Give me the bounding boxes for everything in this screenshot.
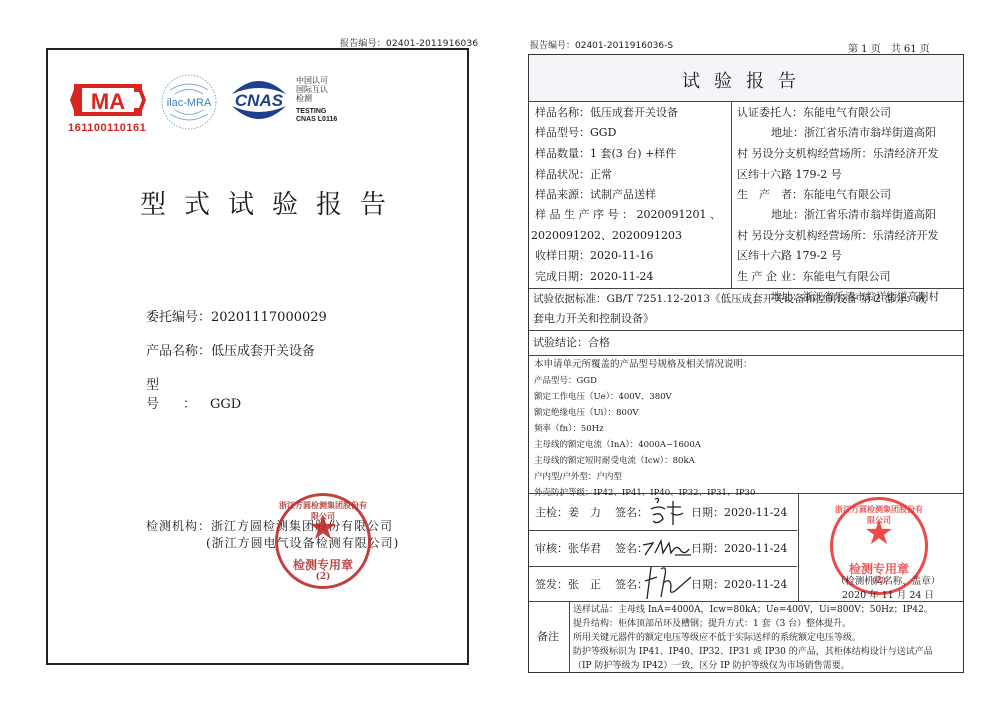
divider xyxy=(529,530,797,531)
divider xyxy=(798,493,799,601)
left-page-title: 型式试验报告 xyxy=(140,184,404,221)
entrust-value: 20201117000029 xyxy=(211,310,327,325)
stamp-caption: （检测机构名称、盖章） xyxy=(818,573,958,587)
remarks-list: 送样试品：主母线 InA=4000A，Icw=80kA；Ue=400V，Ui=8… xyxy=(573,603,933,673)
spec-item: 外壳防护等级：IP42、IP41、IP40、IP32、IP31、IP30 xyxy=(534,485,755,501)
star-icon: ★ xyxy=(864,516,894,550)
product-label: 产品名称： xyxy=(146,344,211,359)
inspector-role: 主检：姜 力 xyxy=(535,503,601,523)
product-value: 低压成套开关设备 xyxy=(211,344,315,359)
reviewer-date: 日期：2020-11-24 xyxy=(691,539,787,559)
spec-item: 户内型/户外型：户内型 xyxy=(534,469,755,485)
spec-heading: 本申请单元所覆盖的产品型号规格及相关情况说明： xyxy=(534,357,755,373)
spec-item: 主母线的额定电流（InA）：4000A~1600A xyxy=(534,437,755,453)
issuer-signature xyxy=(641,563,693,603)
svg-text:MA: MA xyxy=(91,89,125,114)
sample-condition: 样品状况：正常 xyxy=(535,165,612,185)
divider xyxy=(529,101,963,102)
sample-model: 样品型号：GGD xyxy=(535,123,616,143)
received-date: 收样日期：2020-11-16 xyxy=(535,246,653,266)
applicant-address-cont: 村 另设分支机构经营场所：乐清经济开发 xyxy=(737,144,939,164)
test-standard-cont: 套电力开关和控制设备》 xyxy=(533,309,654,329)
remark-line: 提升结构：柜体顶部吊环及槽钢；提升方式：1 套（3 台）整体提升。 xyxy=(573,617,933,631)
reviewer-role: 审核：张华君 xyxy=(535,539,601,559)
cma-logo-icon: MA xyxy=(68,70,148,130)
manufacturer-address: 地址：浙江省乐清市翁垟街道高阳 xyxy=(771,205,936,225)
issuer-role: 签发：张 正 xyxy=(535,575,601,595)
product-name-field: 产品名称：低压成套开关设备 xyxy=(146,340,315,359)
left-official-stamp: 浙江方圆检测集团股份有限公司 ★ 检测专用章 (2) xyxy=(275,493,371,589)
manufacturer-address-cont2: 区纬十六路 179-2 号 xyxy=(737,246,842,266)
inspector-date: 日期：2020-11-24 xyxy=(691,503,787,523)
stamp-use-text: 检测专用章 xyxy=(278,556,368,573)
right-page-title: 试验报告 xyxy=(529,67,963,93)
cnas-english-text: TESTING CNAS L0116 xyxy=(296,108,337,124)
divider xyxy=(569,601,570,673)
remarks-label: 备注 xyxy=(537,627,559,647)
ilac-mra-logo-icon: ilac-MRA xyxy=(158,72,220,132)
sample-source: 样品来源：试制产品送样 xyxy=(535,185,656,205)
factory: 生 产 企 业：东能电气有限公司 xyxy=(737,267,891,287)
divider xyxy=(529,330,963,331)
issuer-date: 日期：2020-11-24 xyxy=(691,575,787,595)
stamp-date: 2020 年 11 月 24 日 xyxy=(818,587,958,601)
remark-line: 所用关键元器件的额定电压等级应不低于实际送样的系统额定电压等级。 xyxy=(573,631,933,645)
sample-quantity: 样品数量：1 套(3 台) +样件 xyxy=(535,144,676,164)
model-field: 型号：GGD xyxy=(146,374,241,412)
divider xyxy=(529,601,963,602)
svg-text:CNAS: CNAS xyxy=(235,91,284,110)
spec-item: 主母线的额定短时耐受电流（Icw）：80kA xyxy=(534,453,755,469)
manufacturer-address-cont: 村 另设分支机构经营场所：乐清经济开发 xyxy=(737,226,939,246)
completed-date: 完成日期：2020-11-24 xyxy=(535,267,653,287)
model-label: 型号： xyxy=(146,374,210,412)
applicant-address-cont2: 区纬十六路 179-2 号 xyxy=(737,165,842,185)
applicant-address: 地址：浙江省乐清市翁垟街道高阳 xyxy=(771,123,936,143)
sample-name: 样品名称：低压成套开关设备 xyxy=(535,103,678,123)
cnas-chinese-text: 中国认可 国际互认 检测 xyxy=(296,76,336,103)
divider xyxy=(731,101,732,288)
stamp-number: (2) xyxy=(278,572,368,582)
entrust-number-field: 委托编号：20201117000029 xyxy=(146,306,327,325)
sample-serial-cont: 2020091202、2020091203 xyxy=(531,226,682,246)
entrust-label: 委托编号： xyxy=(146,310,211,325)
cnas-logo-icon: CNAS xyxy=(226,74,292,126)
remark-line: （IP 防护等级为 IP42）一致，区分 IP 防护等级仅为市场销售需要。 xyxy=(573,659,933,673)
spec-list: 本申请单元所覆盖的产品型号规格及相关情况说明：产品型号：GGD额定工作电压（Ue… xyxy=(534,357,755,501)
model-value: GGD xyxy=(210,397,241,412)
spec-item: 额定绝缘电压（Ui）：800V xyxy=(534,405,755,421)
cnas-testing: TESTING xyxy=(296,108,337,116)
right-report-number: 报告编号：02401-2011916036-S xyxy=(530,38,673,51)
spec-item: 产品型号：GGD xyxy=(534,373,755,389)
manufacturer: 生 产 者：东能电气有限公司 xyxy=(737,185,891,205)
star-icon: ★ xyxy=(308,511,338,545)
divider xyxy=(529,355,963,356)
test-standard: 试验依据标准：GB/T 7251.12-2013《低压成套开关设备和控制设备 第… xyxy=(533,289,926,309)
inspector-sign-label: 签名： xyxy=(615,503,648,523)
spec-item: 额定工作电压（Ue）：400V、380V xyxy=(534,389,755,405)
remark-line: 防护等级标识为 IP41、IP40、IP32、IP31 或 IP30 的产品，其… xyxy=(573,645,933,659)
reviewer-signature xyxy=(641,537,693,561)
applicant: 认证委托人：东能电气有限公司 xyxy=(737,103,891,123)
page-indicator: 第 1 页 共 61 页 xyxy=(848,40,930,55)
svg-text:ilac-MRA: ilac-MRA xyxy=(167,97,212,109)
test-conclusion: 试验结论：合格 xyxy=(533,333,610,353)
inspector-signature xyxy=(647,495,687,529)
cma-number: 161100110161 xyxy=(68,122,146,134)
sample-serial: 样 品 生 产 序 号 ： 2020091201 、 xyxy=(535,205,721,225)
spec-item: 频率（fn）：50Hz xyxy=(534,421,755,437)
cnas-number: CNAS L0116 xyxy=(296,116,337,124)
remark-line: 送样试品：主母线 InA=4000A，Icw=80kA；Ue=400V，Ui=8… xyxy=(573,603,933,617)
